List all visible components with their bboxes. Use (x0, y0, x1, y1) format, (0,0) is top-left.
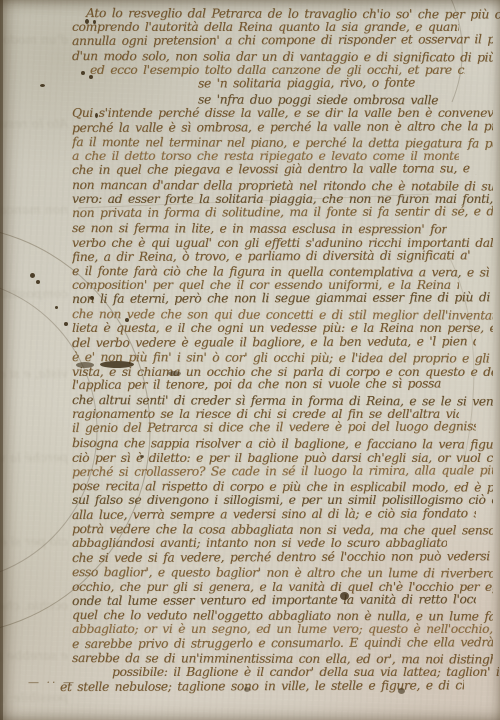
show-through-text: perché la valle è sì ombrosa, e perché l… (0, 451, 68, 468)
manuscript-line: fa il monte nel terminar nel piano, e pe… (72, 135, 493, 151)
margin-dash-marks: — ·· — (28, 676, 76, 689)
manuscript-line: onde tal lume esser venturo ed important… (72, 592, 476, 608)
ink-blot (36, 280, 40, 284)
manuscript-line: non li fa eterni, però che non li segue … (72, 291, 493, 307)
show-through-text: ciò per sì è diletto: e per il baglione … (0, 535, 68, 552)
manuscript-line: e sarebbe privo di struggerlo e consumar… (72, 635, 493, 651)
manuscript-line: se non si ferma in lite, e in massa escl… (72, 221, 447, 237)
manuscript-line: Ato lo resveglio dal Petrarca de lo trav… (72, 6, 500, 22)
manuscript-line: il genio del Petrarca si dice che il ved… (72, 420, 476, 436)
show-through-text: e sarebbe privo di struggerlo e consumar… (0, 649, 68, 666)
manuscript-line: e il fonte farà ciò che la figura in que… (72, 264, 493, 280)
show-through-text: d'un modo solo, non solia dar un di vant… (0, 33, 68, 50)
manuscript-line: perché si crollassero? Se cade in sé il … (72, 463, 493, 479)
manuscript-line: potrà vedere che la cosa abbagliata non … (72, 522, 493, 538)
manuscript-line: bisogna che sappia risolver a ciò il bag… (72, 436, 493, 452)
show-through-text: possibile: il Baglione è il candor' dell… (0, 691, 68, 708)
ink-blot (89, 75, 93, 79)
show-through-text: composition' per quel che il cor essendo… (0, 287, 68, 304)
manuscript-line: sarebbe da se di un'imminentissima con e… (72, 651, 493, 667)
ink-blot (340, 592, 349, 600)
manuscript-line: non privata in forma di solitudine, ma i… (72, 204, 493, 220)
ink-blot (85, 19, 89, 24)
manuscript-line: che non vede che son qui due concetti e … (72, 307, 493, 323)
ink-blot (95, 113, 98, 118)
manuscript-line: l'applica per il tenore, poi da che non … (72, 377, 447, 393)
manuscript-line: alla luce, verrà sempre a vedersi sino a… (72, 506, 476, 522)
manuscript-line: d'un modo solo, non solia dar un di vant… (72, 49, 493, 65)
manuscript-page: d'un modo solo, non solia dar un di vant… (0, 0, 500, 720)
ink-blot (30, 273, 35, 278)
show-through-text: vista, e si chiama un occhio che si parl… (0, 367, 68, 384)
manuscript-line: è e' non più fin' i sin' ò cor' gli occh… (72, 350, 493, 366)
ink-blot (398, 688, 405, 694)
ink-blot (64, 322, 68, 326)
show-through-text: non mancan d'andar della proprietà nel r… (0, 203, 68, 220)
manuscript-line: annulla ogni pretension' a chi compone d… (72, 32, 493, 48)
ink-blot (81, 71, 85, 75)
manuscript-line: lieta è questa, e il che ogni un vedesse… (72, 321, 493, 335)
manuscript-line: perché la valle è sì ombrosa, e perché l… (72, 119, 493, 135)
ink-blot (140, 455, 144, 458)
ink-blot (55, 306, 58, 309)
ink-blot (125, 318, 129, 322)
manuscript-line: che in quel che piegava e levossi già de… (72, 162, 476, 178)
ink-blot (40, 84, 45, 87)
show-through-text: occhio, che pur gli si genera, e la vani… (0, 599, 68, 616)
manuscript-line: quel che lo veduto nell'oggetto abbaglia… (72, 608, 493, 624)
manuscript-line: pose recita al rispetto di corpo e più c… (72, 479, 493, 495)
manuscript-line: del verbo vedere è eguale il bagliore, e… (72, 334, 476, 350)
manuscript-line: sul falso se divengono i sillogismi, e p… (72, 493, 493, 507)
ink-blot (76, 362, 94, 368)
ink-blot (90, 296, 94, 300)
ink-blot (100, 361, 134, 368)
manuscript-line: abbagliandosi avanti; intanto non si ved… (72, 536, 447, 550)
show-through-text: Ato lo resveglio dal Petrarca de lo trav… (0, 117, 68, 134)
handwritten-text-block: Ato lo resveglio dal Petrarca de lo trav… (72, 6, 493, 695)
verse-line: se 'n solitaria piaggia, rivo, o fonte (72, 75, 500, 92)
ink-blot (244, 687, 250, 692)
manuscript-line: non mancan d'andar della proprietà nel r… (72, 178, 493, 194)
manuscript-line: che altrui senti' di creder sì ferma in … (72, 393, 493, 409)
ink-blot (168, 371, 181, 376)
verse-line: se 'nfra duo poggi siede ombrosa valle (72, 92, 500, 108)
ink-blot (93, 20, 96, 24)
manuscript-line: esso baglior', e questo baglior' non è a… (72, 565, 493, 581)
manuscript-line: che si vede si fa vedere, perché dentro … (72, 549, 493, 565)
manuscript-line: fine, a dir Reina, ò trovo, e parliamo d… (72, 248, 476, 264)
